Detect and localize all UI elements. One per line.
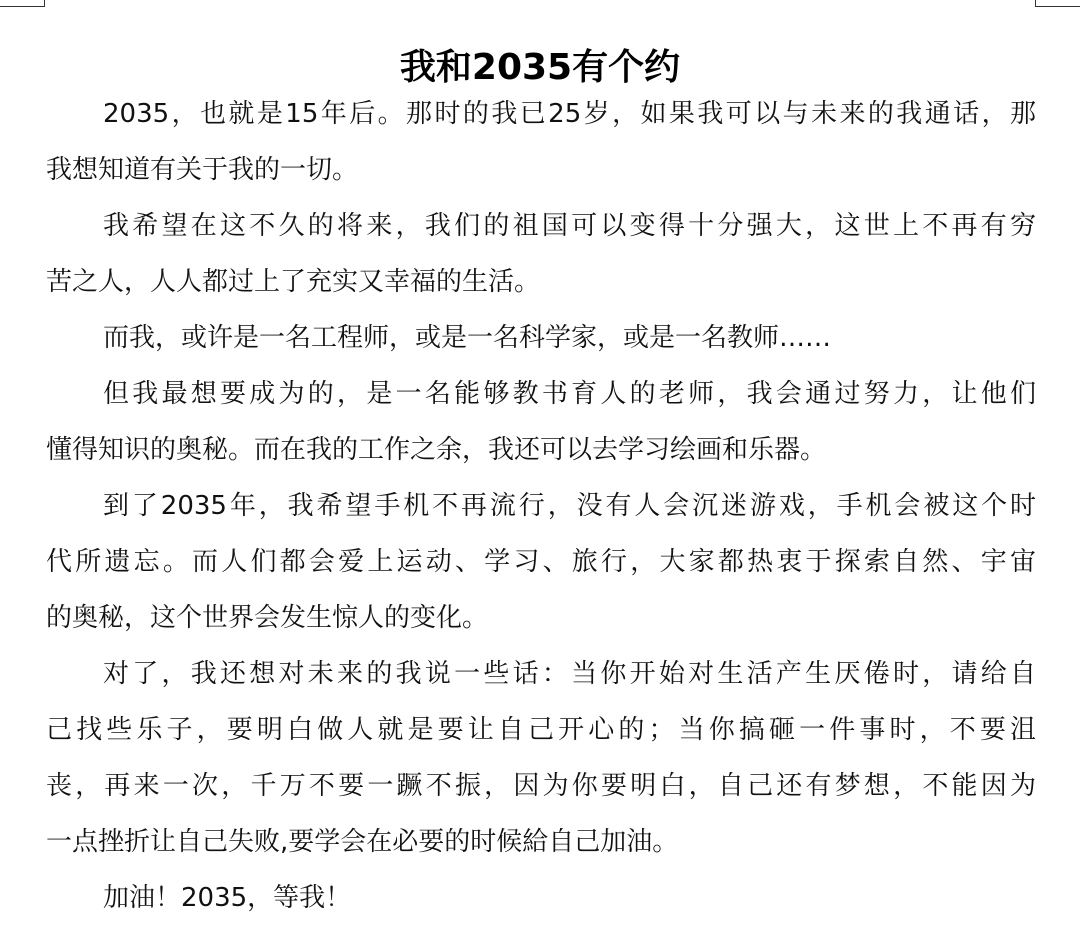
paragraph-line: 但我最想要成为的，是一名能够教书育人的老师，我会通过努力，让他们 (46, 366, 1036, 422)
paragraph-1: 2035，也就是15年后。那时的我已25岁，如果我可以与未来的我通话，那 我想知… (46, 86, 1036, 198)
paragraph-line: 丧，再来一次，千万不要一蹶不振，因为你要明白，自己还有梦想，不能因为 (46, 758, 1036, 814)
paragraph-4: 但我最想要成为的，是一名能够教书育人的老师，我会通过努力，让他们 懂得知识的奥秘… (46, 366, 1036, 478)
paragraph-line: 的奥秘，这个世界会发生惊人的变化。 (46, 590, 1036, 646)
paragraph-2: 我希望在这不久的将来，我们的祖国可以变得十分强大，这世上不再有穷 苦之人，人人都… (46, 198, 1036, 310)
paragraph-5: 到了2035年，我希望手机不再流行，没有人会沉迷游戏，手机会被这个时 代所遗忘。… (46, 478, 1036, 646)
paragraph-line: 加油！2035，等我！ (46, 870, 1036, 926)
paragraph-7: 加油！2035，等我！ (46, 870, 1036, 926)
paragraph-line: 懂得知识的奥秘。而在我的工作之余，我还可以去学习绘画和乐器。 (46, 422, 1036, 478)
document-body: 2035，也就是15年后。那时的我已25岁，如果我可以与未来的我通话，那 我想知… (46, 86, 1036, 926)
paragraph-line: 代所遗忘。而人们都会爱上运动、学习、旅行，大家都热衷于探索自然、宇宙 (46, 534, 1036, 590)
crop-mark-top-right (1035, 0, 1080, 7)
paragraph-3: 而我，或许是一名工程师，或是一名科学家，或是一名教师…… (46, 310, 1036, 366)
crop-mark-top-left (0, 0, 45, 7)
paragraph-line: 己找些乐子，要明白做人就是要让自己开心的；当你搞砸一件事时，不要沮 (46, 702, 1036, 758)
paragraph-line: 我希望在这不久的将来，我们的祖国可以变得十分强大，这世上不再有穷 (46, 198, 1036, 254)
paragraph-6: 对了，我还想对未来的我说一些话：当你开始对生活产生厌倦时，请给自 己找些乐子，要… (46, 646, 1036, 870)
paragraph-line: 到了2035年，我希望手机不再流行，没有人会沉迷游戏，手机会被这个时 (46, 478, 1036, 534)
paragraph-line: 我想知道有关于我的一切。 (46, 142, 1036, 198)
paragraph-line: 2035，也就是15年后。那时的我已25岁，如果我可以与未来的我通话，那 (46, 86, 1036, 142)
paragraph-line: 对了，我还想对未来的我说一些话：当你开始对生活产生厌倦时，请给自 (46, 646, 1036, 702)
paragraph-line: 而我，或许是一名工程师，或是一名科学家，或是一名教师…… (46, 310, 1036, 366)
paragraph-line: 苦之人，人人都过上了充实又幸福的生活。 (46, 254, 1036, 310)
paragraph-line: 一点挫折让自己失败,要学会在必要的时候給自己加油。 (46, 814, 1036, 870)
